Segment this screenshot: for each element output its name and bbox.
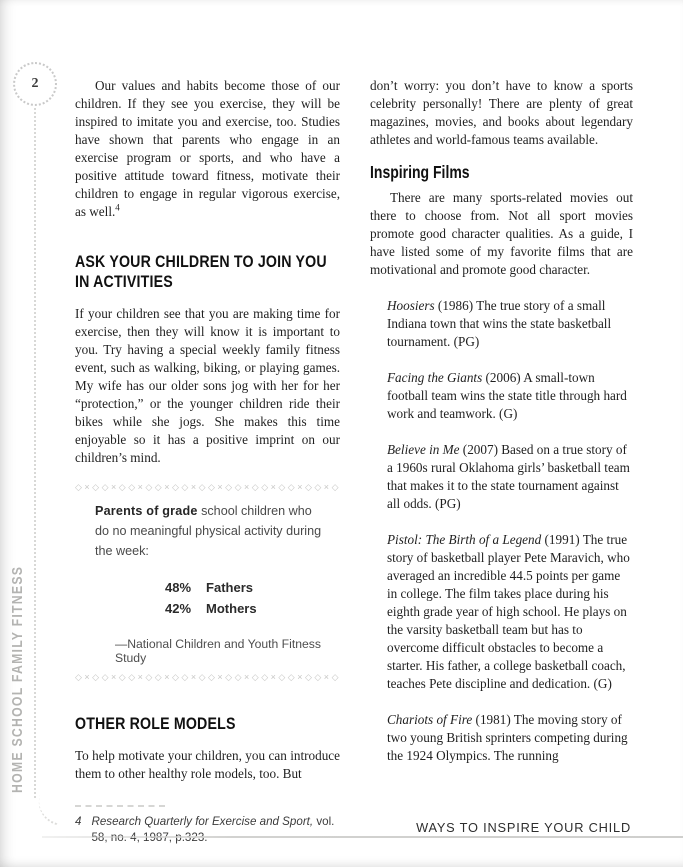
sidebar-book-title: HOME SCHOOL FAMILY FITNESS [9,566,26,793]
film-year: (1981) [476,712,511,727]
stat-value: 42% [165,598,191,619]
heading-line-2: IN ACTIVITIES [75,272,303,292]
film-entry: Pistol: The Birth of a Legend (1991) The… [387,531,633,693]
footnote-journal: Research Quarterly for Exercise and Spor… [91,815,313,828]
paragraph-making-time: If your children see that you are making… [75,305,340,467]
margin-dotted-rule [34,108,36,798]
film-year: (1986) [438,298,473,313]
margin-rule-tail [33,793,66,826]
paragraph-role-models: To help motivate your children, you can … [75,747,340,783]
callout-attribution: —National Children and Youth Fitness Stu… [115,637,340,665]
stat-row-fathers: 48% Fathers [165,577,340,598]
right-column: don’t worry: you don’t have to know a sp… [370,77,633,765]
footnote-text: Research Quarterly for Exercise and Spor… [91,814,340,846]
film-title: Pistol: The Birth of a Legend [387,532,541,547]
film-entry: Believe in Me (2007) Based on a true sto… [387,441,633,513]
footnote: 4 Research Quarterly for Exercise and Sp… [75,814,340,846]
section-heading-ask-children: ASK YOUR CHILDREN TO JOIN YOU IN ACTIVIT… [75,252,340,292]
film-title: Hoosiers [387,298,435,313]
decorative-border-top: ◇×◇◇×◇◇×◇◇×◇◇×◇◇×◇◇×◇◇×◇◇×◇◇×◇◇×◇ [75,481,340,493]
callout-lead-bold: Parents of grade [95,504,198,518]
film-title: Chariots of Fire [387,712,472,727]
running-footer: WAYS TO INSPIRE YOUR CHILD [416,820,631,835]
left-column: Our values and habits become those of ou… [75,77,340,846]
film-entry: Hoosiers (1986) The true story of a smal… [387,297,633,351]
footnote-block: 4 Research Quarterly for Exercise and Sp… [75,805,340,846]
heading-line-1: OTHER ROLE MODELS [75,714,303,734]
film-year: (2007) [463,442,498,457]
heading-line-1: ASK YOUR CHILDREN TO JOIN YOU [75,252,303,272]
paragraph-values-habits: Our values and habits become those of ou… [75,77,340,221]
statistics-list: 48% Fathers 42% Mothers [165,577,340,619]
footnote-number: 4 [75,814,81,846]
book-page: 2 HOME SCHOOL FAMILY FITNESS Our values … [0,0,683,867]
callout-lead: Parents of grade school children who do … [95,501,325,561]
subheading-inspiring-films: Inspiring Films [370,161,580,183]
page-number-badge: 2 [13,62,57,106]
stat-label: Mothers [206,598,257,619]
page-number: 2 [32,76,39,92]
paragraph-text: Our values and habits become those of ou… [75,78,340,219]
stat-value: 48% [165,577,191,598]
film-title: Facing the Giants [387,370,482,385]
stat-row-mothers: 42% Mothers [165,598,340,619]
paragraph-many-movies: There are many sports-related movies out… [370,189,633,279]
footnote-separator-rule [75,805,165,807]
film-description: The true story of basketball player Pete… [387,532,630,691]
film-title: Believe in Me [387,442,460,457]
footnote-reference: 4 [115,203,120,213]
section-heading-other-role-models: OTHER ROLE MODELS [75,714,340,734]
film-year: (2006) [486,370,521,385]
film-entry: Facing the Giants (2006) A small-town fo… [387,369,633,423]
paragraph-dont-worry: don’t worry: you don’t have to know a sp… [370,77,633,149]
statistics-callout: ◇×◇◇×◇◇×◇◇×◇◇×◇◇×◇◇×◇◇×◇◇×◇◇×◇◇×◇ Parent… [75,481,340,683]
film-year: (1991) [545,532,580,547]
decorative-border-bottom: ◇×◇◇×◇◇×◇◇×◇◇×◇◇×◇◇×◇◇×◇◇×◇◇×◇◇×◇ [75,671,340,683]
stat-label: Fathers [206,577,253,598]
film-entry: Chariots of Fire (1981) The moving story… [387,711,633,765]
footer-rule [42,836,683,838]
